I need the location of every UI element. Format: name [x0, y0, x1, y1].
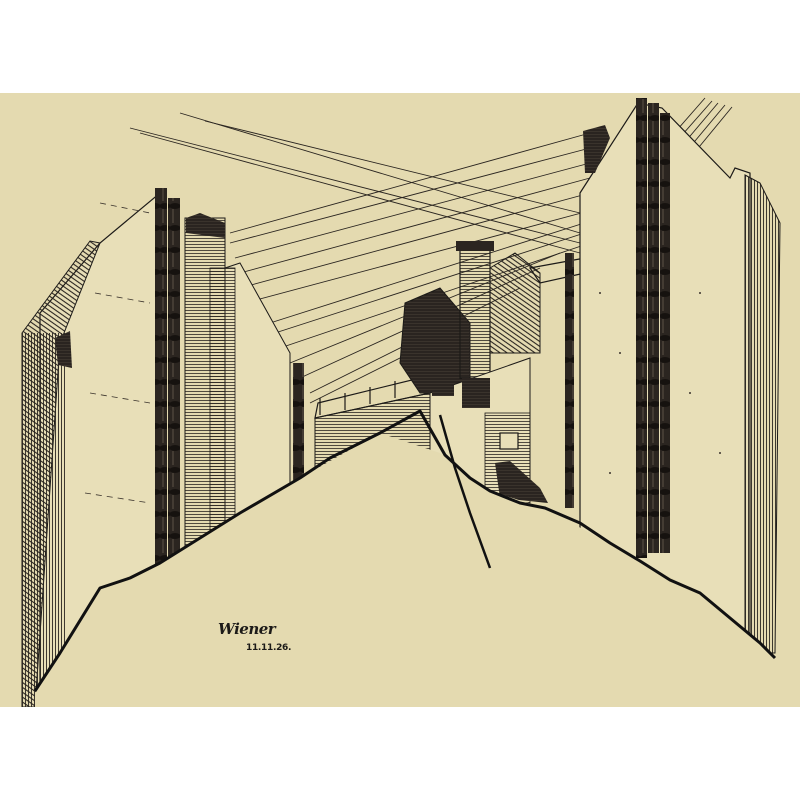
drainpipe [636, 98, 647, 558]
artwork-date: 11.11.26. [246, 643, 291, 653]
drainpipe [660, 113, 670, 553]
drainpipe [168, 198, 180, 568]
artwork-paper: Wiener 11.11.26. [0, 93, 800, 707]
window [500, 433, 518, 449]
drainpipe [565, 253, 574, 508]
drainpipe [155, 188, 167, 568]
ink-drawing [0, 93, 800, 707]
drainpipe [648, 103, 659, 553]
artist-signature: Wiener [218, 620, 275, 638]
